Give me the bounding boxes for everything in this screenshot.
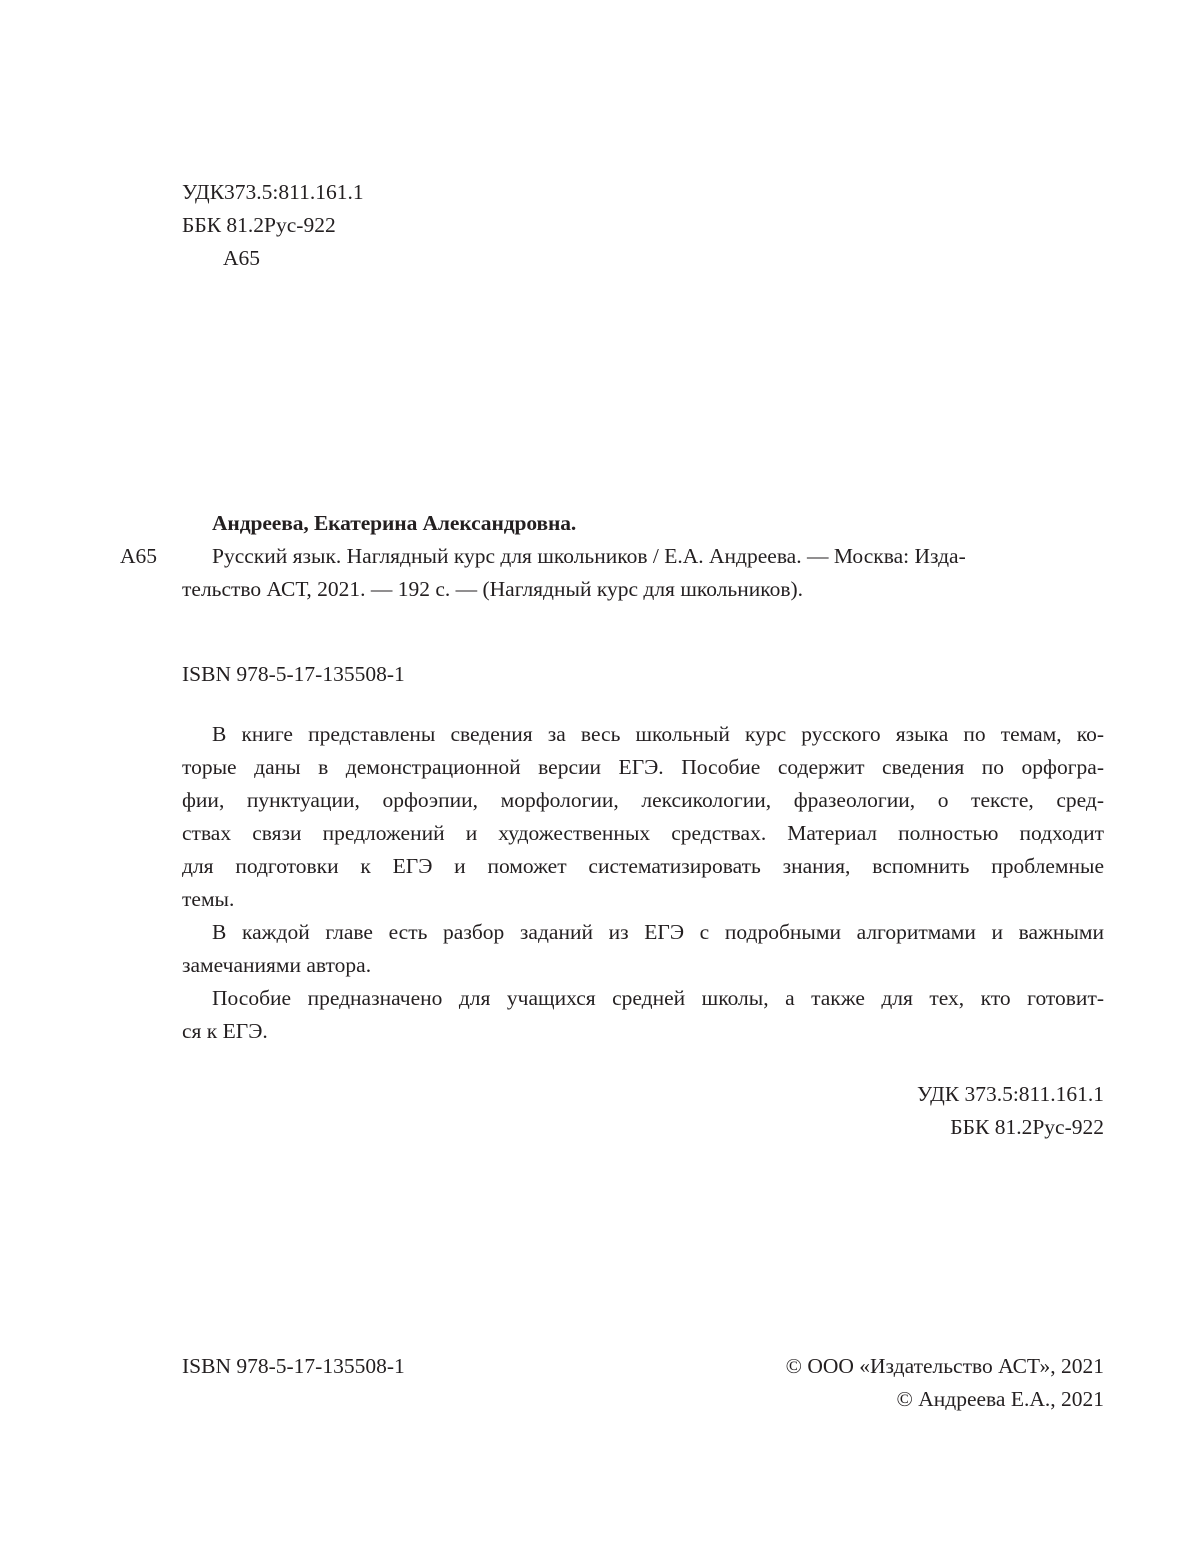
udk-code: УДК373.5:811.161.1 [182,176,364,209]
udk-code-right: УДК 373.5:811.161.1 [917,1078,1104,1111]
annotation: В книге представлены сведения за весь шк… [182,718,1104,1048]
text-line: фии, пунктуации, орфоэпии, морфологии, л… [182,784,1104,817]
entry-author-mark: А65 [120,540,157,573]
copyright-author: © Андреева Е.А., 2021 [897,1383,1104,1416]
text-line: замечаниями автора. [182,949,1104,982]
entry-description-line: Русский язык. Наглядный курс для школьни… [212,540,966,573]
text-line: для подготовки к ЕГЭ и поможет системати… [182,850,1104,883]
text-line: ся к ЕГЭ. [182,1015,1104,1048]
text-line: Пособие предназначено для учащихся средн… [182,982,1104,1015]
annotation-paragraph: В книге представлены сведения за весь шк… [182,718,1104,916]
bbk-code-right: ББК 81.2Рус-922 [950,1111,1104,1144]
author-mark: А65 [223,242,260,275]
isbn: ISBN 978-5-17-135508-1 [182,658,405,691]
imprint-page: { "header": { "udk": "УДК373.5:811.161.1… [0,0,1193,1565]
text-line: торые даны в демонстрационной версии ЕГЭ… [182,751,1104,784]
text-line: В каждой главе есть разбор заданий из ЕГ… [182,916,1104,949]
bbk-code: ББК 81.2Рус-922 [182,209,336,242]
annotation-paragraph: Пособие предназначено для учащихся средн… [182,982,1104,1048]
text-line: темы. [182,883,1104,916]
isbn-footer: ISBN 978-5-17-135508-1 [182,1350,405,1383]
annotation-paragraph: В каждой главе есть разбор заданий из ЕГ… [182,916,1104,982]
entry-description-line: тельство АСТ, 2021. — 192 с. — (Наглядны… [182,573,803,606]
text-line: ствах связи предложений и художественных… [182,817,1104,850]
copyright-publisher: © ООО «Издательство АСТ», 2021 [786,1350,1104,1383]
author-heading: Андреева, Екатерина Александровна. [212,507,576,540]
text-line: В книге представлены сведения за весь шк… [182,718,1104,751]
